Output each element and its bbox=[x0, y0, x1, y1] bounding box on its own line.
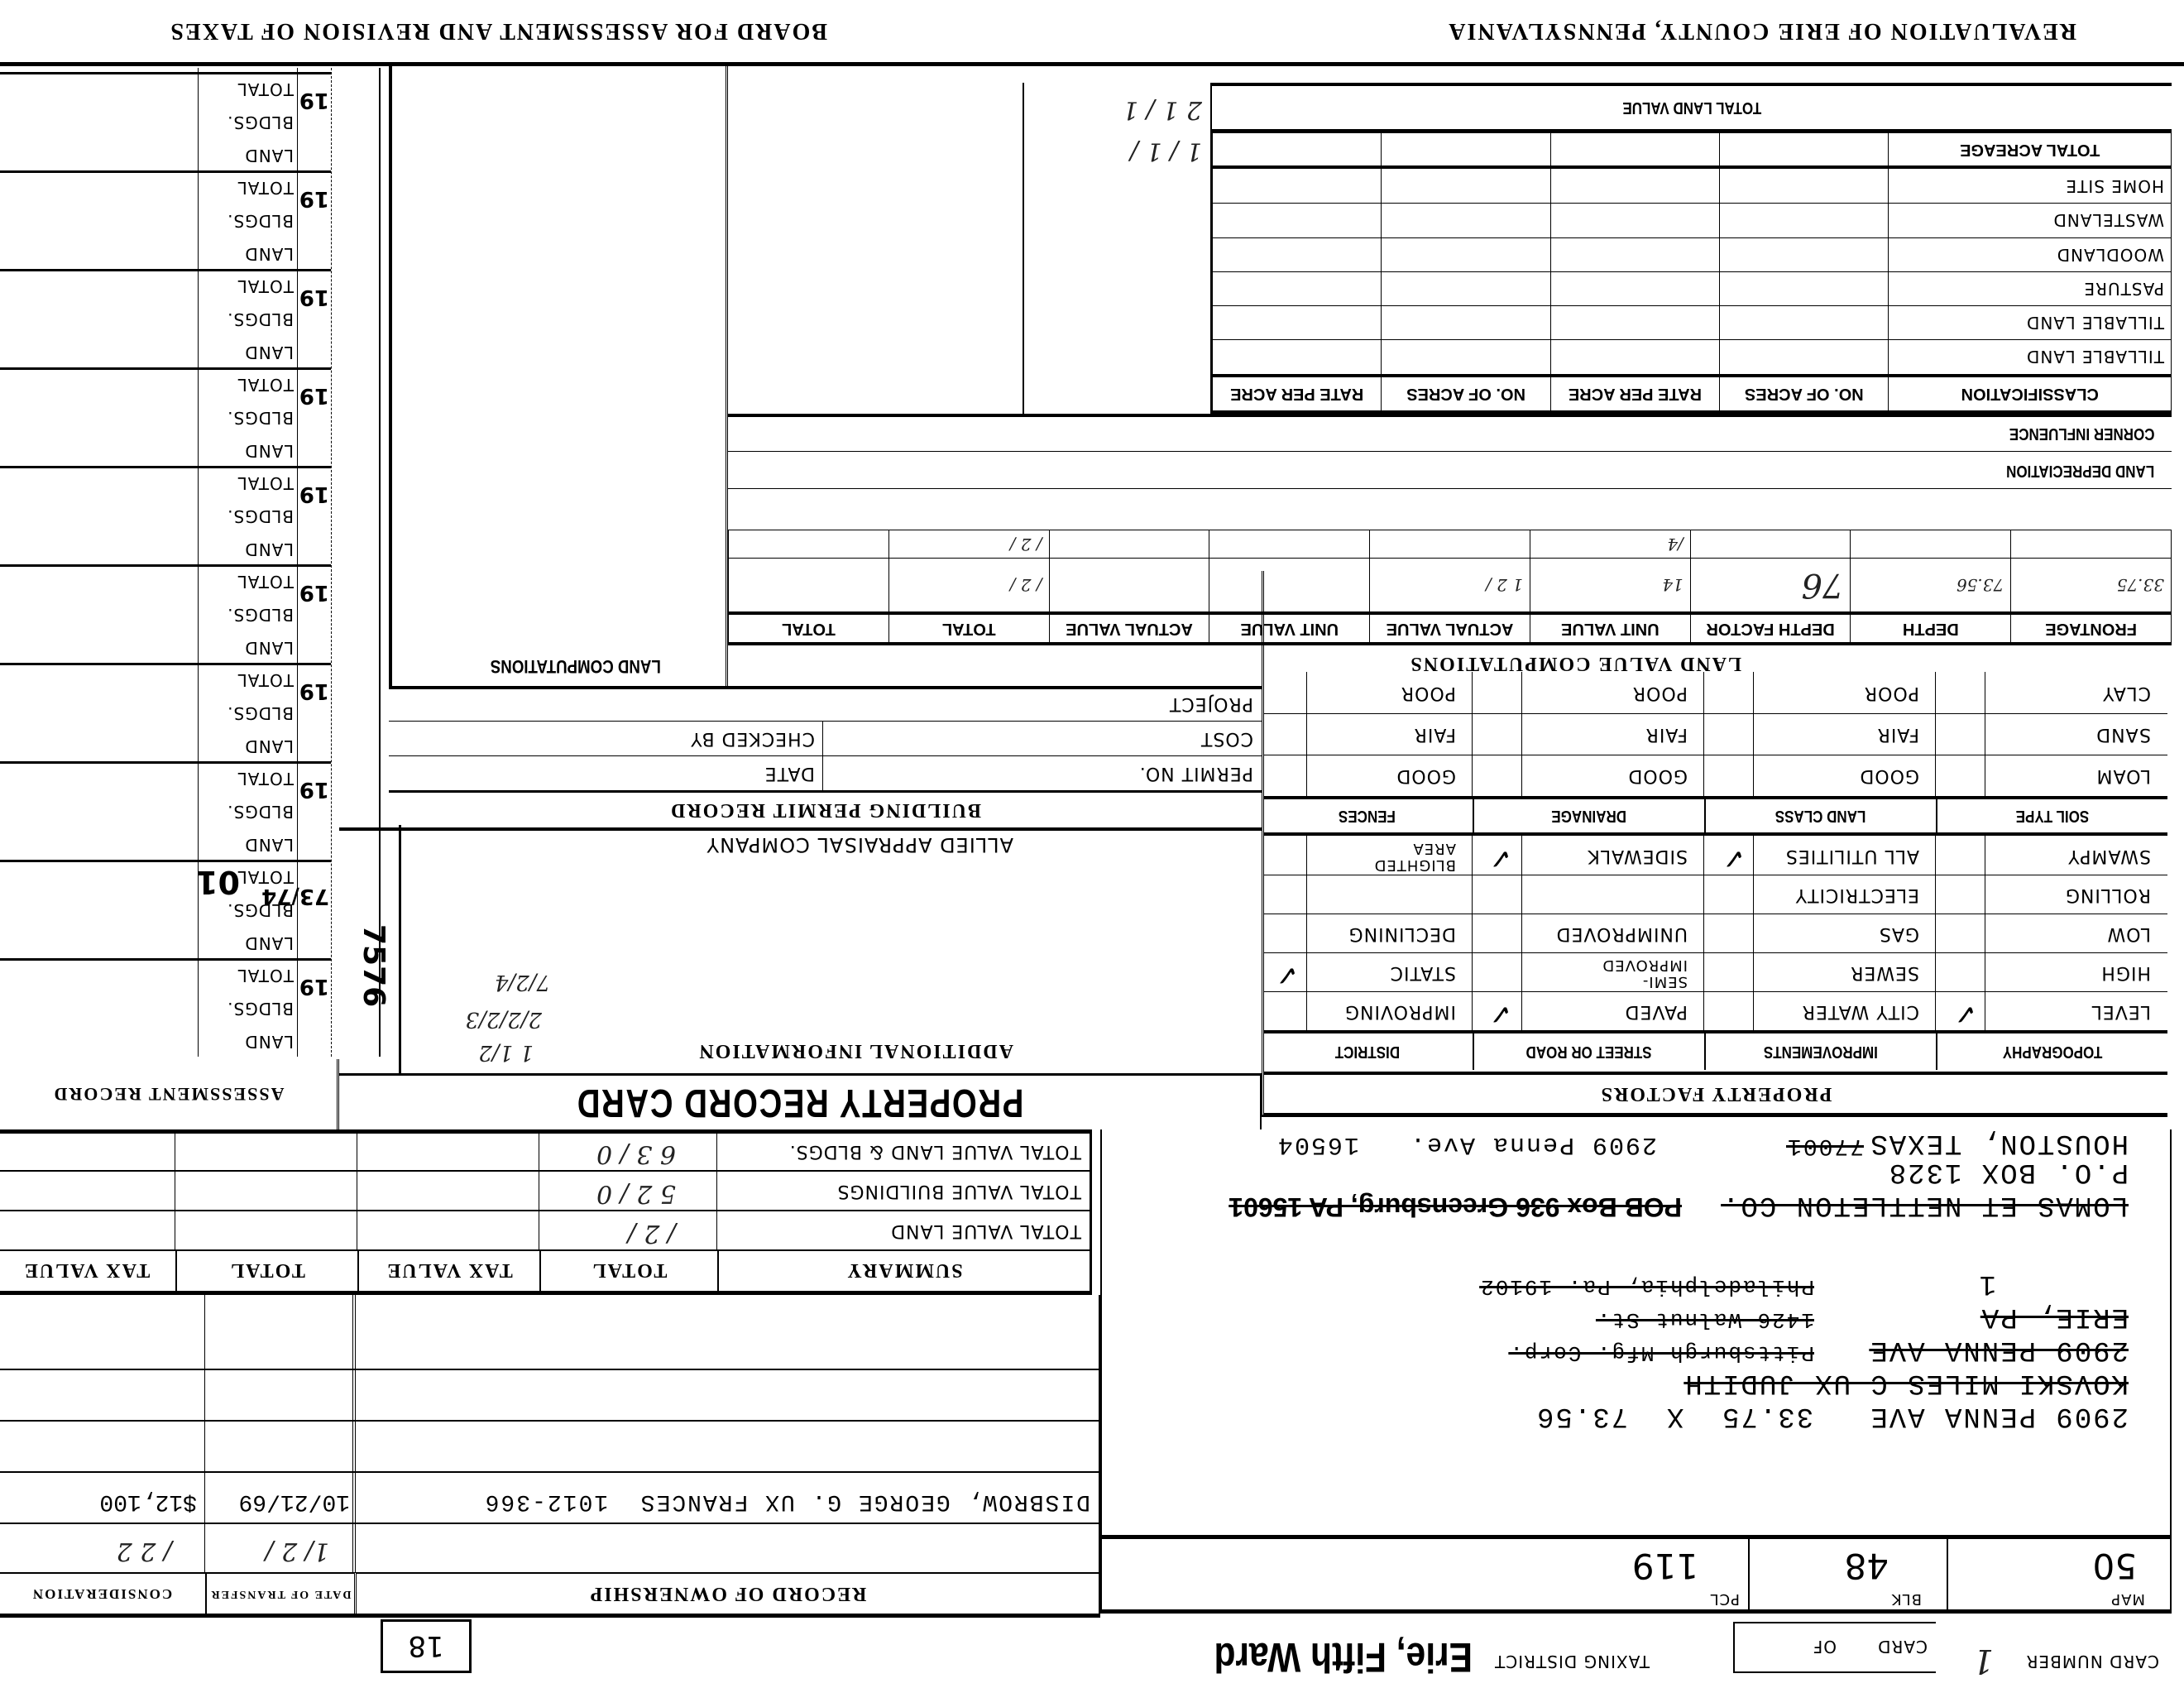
additional-info-note-1: 1 1/2 bbox=[478, 1040, 534, 1065]
assessment-block: 19 LAND BLDGS. TOTAL bbox=[0, 761, 331, 860]
property-factors-title: PROPERTY FACTORS bbox=[1600, 1083, 1832, 1105]
date-of-transfer-header: DATE OF TRANSFER bbox=[210, 1587, 352, 1600]
fences-header: FENCES bbox=[1339, 807, 1396, 826]
land-computations-label: LAND COMPUTATIONS bbox=[491, 655, 661, 677]
acreage-row: TILLABLE LAND bbox=[1213, 339, 2172, 376]
address-line-3-extra: Pittsburgh Mfg. Corp. bbox=[1508, 1340, 1814, 1365]
additional-info-section: ADDITIONAL INFORMATION 1 1/2 2/2/2/3 7/2… bbox=[339, 827, 1262, 1076]
acreage-total-columns: 1 / 1 / 2 1 / 1 bbox=[728, 83, 1212, 414]
address-line-4: ERIE, PA bbox=[1980, 1301, 2129, 1332]
card-of-field[interactable]: CARD OF bbox=[1733, 1622, 1936, 1673]
ownership-section: RECORD OF OWNERSHIP DATE OF TRANSFER CON… bbox=[0, 1295, 1100, 1618]
blk-field[interactable]: BLK 48 bbox=[1748, 1539, 1947, 1609]
topography-header: TOPOGRAPHY bbox=[2003, 1043, 2103, 1062]
land-depreciation-row: LAND DEPRECIATION bbox=[728, 451, 2172, 488]
ownership-row bbox=[0, 1420, 1099, 1471]
factor-row: ROLLING ELECTRICITY bbox=[1264, 875, 2167, 914]
land-value-section: LAND VALUE COMPUTATIONS FRONTAGE DEPTH D… bbox=[728, 530, 2172, 683]
assessment-block: 19 LAND BLDGS. TOTAL bbox=[0, 958, 331, 1057]
card-number-value: 1 bbox=[1973, 1642, 1994, 1680]
total-land-value-row: TOTAL LAND VALUE bbox=[1212, 83, 2172, 132]
assessment-block: 19 LAND BLDGS. TOTAL bbox=[0, 564, 331, 663]
address-line-6-extra: POB Box 936 Greensburg, PA 15601 bbox=[1228, 1192, 1682, 1222]
consideration-header: CONSIDERATION bbox=[31, 1585, 172, 1602]
additional-info-note-2: 2/2/2/3 bbox=[466, 1007, 542, 1032]
assessment-block: 19 LAND BLDGS. TOTAL bbox=[0, 170, 331, 269]
factor-row: LEVEL ✓ CITY WATER PAVED ✓ IMPROVING bbox=[1264, 991, 2167, 1030]
checkbox-all-utilities[interactable]: ✓ bbox=[1722, 842, 1746, 875]
ownership-rows: 1/ 2 / / 2 2 DISBROW, GEORGE G. UX FRANC… bbox=[0, 1291, 1099, 1572]
permit-row: PERMIT NO. DATE bbox=[389, 755, 1262, 790]
card-footer: REVALUATION OF ERIE COUNTY, PENNSYLVANIA… bbox=[0, 0, 2184, 66]
summary-tax-value-header-2: TAX VALUE bbox=[23, 1259, 150, 1282]
improvements-header: IMPROVEMENTS bbox=[1764, 1043, 1878, 1062]
assessment-block: 19 LAND BLDGS. TOTAL bbox=[0, 663, 331, 761]
property-record-card-title: PROPERTY RECORD CARD bbox=[576, 1080, 1023, 1125]
factor-row: LOAM GOOD GOOD GOOD bbox=[1264, 755, 2167, 796]
address-line-3: 2909 PENNA AVE bbox=[1869, 1334, 2129, 1365]
appraisal-company: ALLIED APPRAISAL COMPANY bbox=[706, 833, 1014, 856]
ownership-row bbox=[0, 1369, 1099, 1420]
assessment-block: 73/74 LAND BLDGS. TOTAL 01 bbox=[0, 860, 331, 958]
checkbox-level[interactable]: ✓ bbox=[1954, 997, 1978, 1030]
acreage-row: WOODLAND bbox=[1213, 237, 2172, 271]
factor-row: SWAMPY ALL UTILITIES ✓ SIDEWALK ✓ BLIGHT… bbox=[1264, 836, 2167, 875]
acreage-table: CLASSIFICATION NO. OF ACRES RATE PER ACR… bbox=[1212, 132, 2172, 414]
summary-section: SUMMARY TOTAL TAX VALUE TOTAL TAX VALUE … bbox=[0, 1129, 1092, 1295]
address-current: 2909 Penna Ave. 16504 bbox=[1276, 1130, 1657, 1158]
ownership-row: DISBROW, GEORGE G. UX FRANCES 1012-366 1… bbox=[0, 1471, 1099, 1523]
permit-row: PROJECT bbox=[389, 686, 1262, 721]
assessment-block: 19 LAND BLDGS. TOTAL bbox=[0, 269, 331, 367]
acreage-row: HOME SITE bbox=[1213, 167, 2172, 204]
ownership-title: RECORD OF OWNERSHIP bbox=[589, 1583, 867, 1605]
acreage-row: WASTELAND bbox=[1213, 204, 2172, 237]
pcl-field[interactable]: PCL 119 bbox=[1103, 1539, 1748, 1609]
assessment-blocks: 19 LAND BLDGS. TOTAL 73/74 LAND BLDGS. T… bbox=[0, 68, 331, 1057]
land-value-row: /4 / 2 / bbox=[729, 530, 2172, 559]
factor-row: LOW GAS UNIMPROVED DECLINING bbox=[1264, 914, 2167, 952]
corner-influence-row: CORNER INFLUENCE bbox=[728, 414, 2172, 451]
drainage-header: DRAINAGE bbox=[1552, 807, 1627, 826]
property-record-card: CARD NUMBER 1 CARD OF TAXING DISTRICT Er… bbox=[0, 0, 2184, 1688]
summary-title: SUMMARY bbox=[845, 1259, 962, 1282]
checkbox-sidewalk[interactable]: ✓ bbox=[1489, 842, 1513, 875]
summary-total-header-2: TOTAL bbox=[229, 1259, 305, 1282]
building-permit-section: BUILDING PERMIT RECORD PERMIT NO. DATE C… bbox=[389, 687, 1262, 827]
summary-row-total: TOTAL VALUE LAND & BLDGS. 6 3 / 0 bbox=[0, 1130, 1090, 1170]
street-header: STREET OR ROAD bbox=[1526, 1043, 1652, 1062]
checkbox-paved[interactable]: ✓ bbox=[1489, 997, 1513, 1030]
soil-type-header: SOIL TYPE bbox=[2016, 807, 2089, 826]
summary-row-land: TOTAL VALUE LAND / 2 / bbox=[0, 1210, 1090, 1249]
address-line-1: 2909 PENNA AVE 33.75 X 73.56 bbox=[1535, 1400, 2129, 1431]
total-land-value-note-2: 2 1 / 1 bbox=[1123, 95, 1202, 124]
additional-info-note-3: 7/2/4 bbox=[495, 970, 550, 995]
card-number-label: CARD NUMBER bbox=[2043, 1614, 2159, 1671]
summary-row-buildings: TOTAL VALUE BUILDINGS 5 2 / 0 bbox=[0, 1170, 1090, 1210]
checkbox-static[interactable]: ✓ bbox=[1276, 958, 1300, 991]
summary-tax-value-header: TAX VALUE bbox=[386, 1259, 512, 1282]
additional-info-title: ADDITIONAL INFORMATION bbox=[697, 1039, 1013, 1062]
summary-total-header: TOTAL bbox=[591, 1259, 668, 1282]
assessment-block: 19 LAND BLDGS. TOTAL bbox=[0, 72, 331, 170]
assessment-block: 19 LAND BLDGS. TOTAL bbox=[0, 367, 331, 466]
address-line-6: LOMAS ET NETTLETON CO. bbox=[1721, 1189, 2129, 1220]
land-value-table: FRONTAGE DEPTH DEPTH FACTOR UNIT VALUE A… bbox=[728, 530, 2172, 645]
factor-row: HIGH SEWER SEMI-IMPROVED STATIC ✓ bbox=[1264, 952, 2167, 991]
address-line-5-extra: Philadelphia, Pa. 19102 bbox=[1479, 1274, 1814, 1299]
building-permit-title: BUILDING PERMIT RECORD bbox=[669, 799, 981, 822]
address-zip-struck: 77001 bbox=[1786, 1133, 1864, 1158]
factor-row: SAND FAIR FAIR FAIR bbox=[1264, 713, 2167, 755]
board-title: BOARD FOR ASSESSMENT AND REVISION OF TAX… bbox=[169, 17, 827, 44]
map-field[interactable]: MAP 50 bbox=[1947, 1539, 2170, 1609]
assessment-record-title: ASSESSMENT RECORD bbox=[53, 1084, 285, 1105]
address-line-7: P.O. BOX 1328 bbox=[1888, 1156, 2129, 1187]
address-line-5: 1 bbox=[1978, 1268, 1996, 1299]
taxing-district-value: Erie, Fifth Ward bbox=[1214, 1633, 1473, 1681]
acreage-row: TOTAL ACREAGE bbox=[1213, 133, 2172, 168]
acreage-row: PASTURE bbox=[1213, 271, 2172, 305]
land-computations-box: LAND COMPUTATIONS bbox=[389, 66, 728, 687]
total-land-value-note-1: 1 / 1 / bbox=[1130, 137, 1202, 165]
land-value-row: 33.75 73.56 76 14 1 2 / / 2 / bbox=[729, 559, 2172, 613]
address-line-8: HOUSTON, TEXAS bbox=[1869, 1127, 2129, 1158]
land-value-title: LAND VALUE COMPUTATIONS bbox=[1409, 652, 1741, 674]
taxing-district-label: TAXING DISTRICT bbox=[1489, 1652, 1655, 1671]
permit-row: COST CHECKED BY bbox=[389, 721, 1262, 755]
owner-address-block: 2909 PENNA AVE 33.75 X 73.56 KOVSKI MILE… bbox=[1100, 1129, 2172, 1535]
ownership-row: 1/ 2 / / 2 2 bbox=[0, 1523, 1099, 1572]
property-factors-grid-1: LEVEL ✓ CITY WATER PAVED ✓ IMPROVING HIG… bbox=[1264, 836, 2167, 1030]
property-factors-grid-2: LOAM GOOD GOOD GOOD SAND FAIR FAIR FAIR … bbox=[1264, 672, 2167, 796]
address-line-2: KOVSKI MILES C UX JUDITH bbox=[1683, 1367, 2129, 1398]
stamp-box: 18 bbox=[381, 1619, 472, 1673]
acreage-section: LAND DEPRECIATION CORNER INFLUENCE CLASS… bbox=[728, 58, 2172, 530]
parcel-id-row: MAP 50 BLK 48 PCL 119 bbox=[1100, 1535, 2172, 1614]
acreage-row: TILLABLE LAND bbox=[1213, 305, 2172, 339]
property-record-card-title-cell: PROPERTY RECORD CARD bbox=[339, 1076, 1262, 1129]
assessment-record-title-cell: ASSESSMENT RECORD bbox=[0, 1059, 339, 1129]
assessment-record: 19 LAND BLDGS. TOTAL 73/74 LAND BLDGS. T… bbox=[0, 68, 381, 1057]
revaluation-title: REVALUATION OF ERIE COUNTY, PENNSYLVANIA bbox=[1447, 17, 2076, 44]
address-line-4-extra: 1426 Walnut St. bbox=[1596, 1307, 1814, 1332]
district-header: DISTRICT bbox=[1334, 1043, 1399, 1062]
assessment-block: 19 LAND BLDGS. TOTAL bbox=[0, 466, 331, 564]
land-class-header: LAND CLASS bbox=[1775, 807, 1866, 826]
